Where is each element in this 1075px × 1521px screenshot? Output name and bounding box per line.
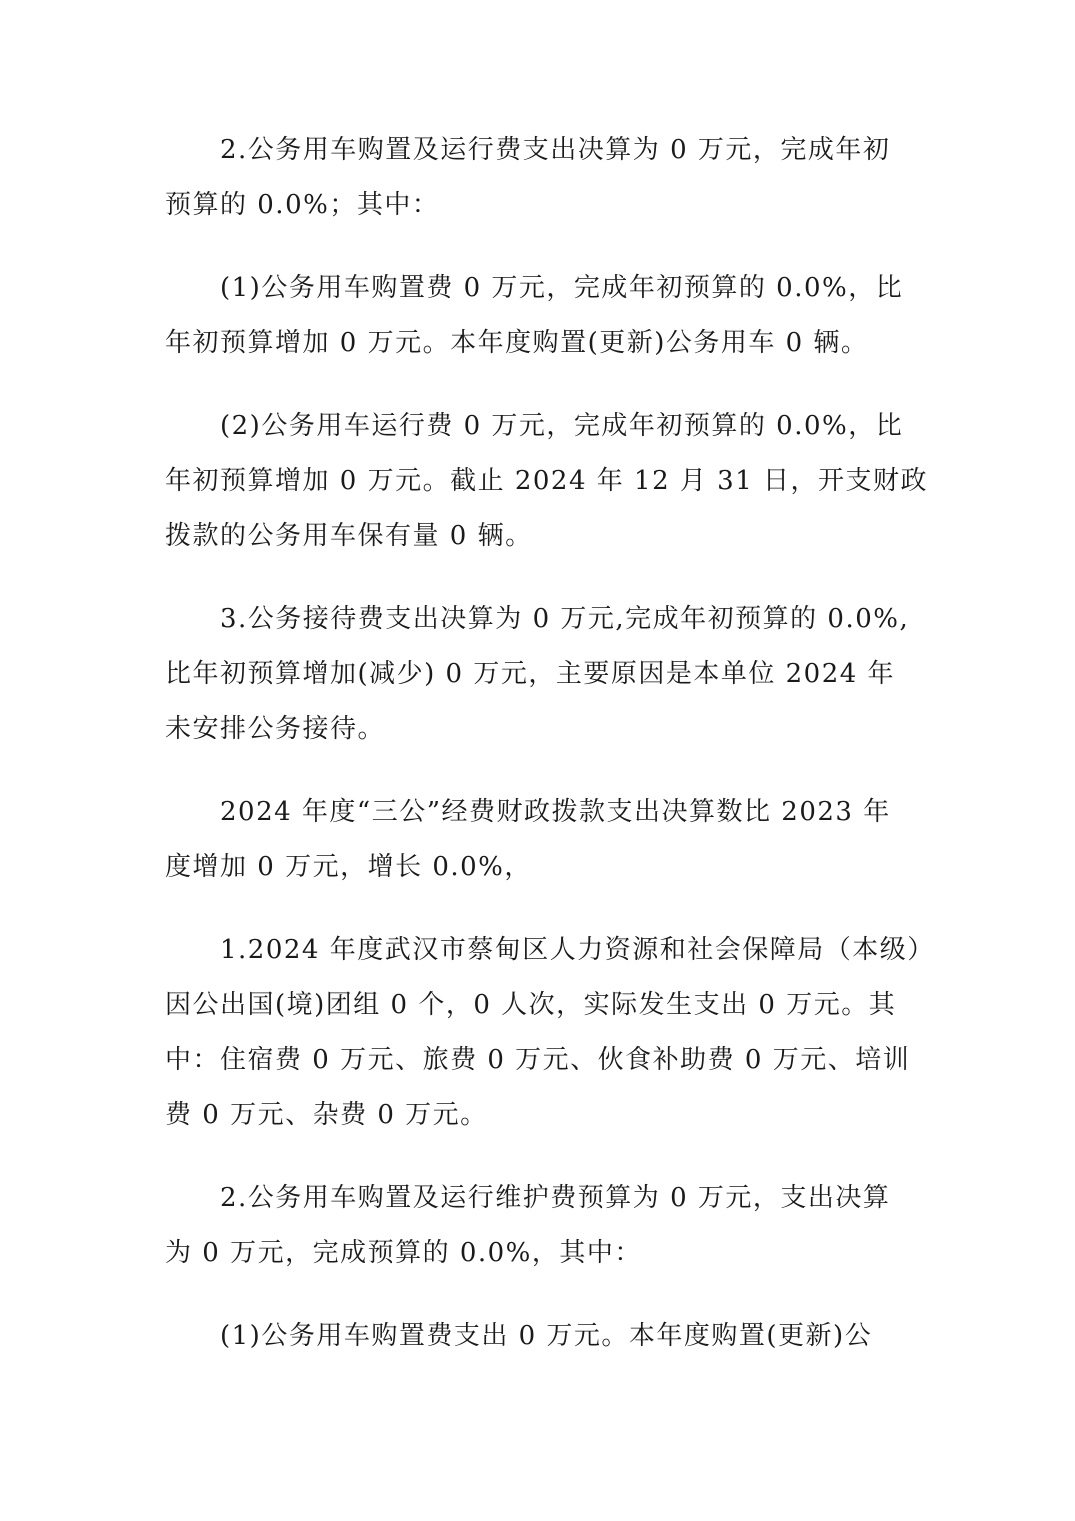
paragraph-overseas-line-2: 因公出国(境)团组 0 个，0 人次，实际发生支出 0 万元。其 [165, 989, 896, 1021]
paragraph-overseas-line-3: 中：住宿费 0 万元、旅费 0 万元、伙食补助费 0 万元、培训 [165, 1044, 910, 1076]
paragraph-overseas-line-4: 费 0 万元、杂费 0 万元。 [165, 1099, 488, 1131]
paragraph-vehicle-maintenance-line-1: 2.公务用车购置及运行维护费预算为 0 万元，支出决算 [220, 1182, 890, 1214]
paragraph-summary-line-1: 2024 年度“三公”经费财政拨款支出决算数比 2023 年 [220, 796, 891, 828]
paragraph-reception-line-1: 3.公务接待费支出决算为 0 万元,完成年初预算的 0.0%, [220, 603, 909, 635]
document-page: 2.公务用车购置及运行费支出决算为 0 万元，完成年初 预算的 0.0%；其中：… [0, 0, 1075, 1521]
paragraph-reception-line-2: 比年初预算增加(减少) 0 万元，主要原因是本单位 2024 年 [165, 658, 895, 690]
paragraph-vehicle-total-line-1: 2.公务用车购置及运行费支出决算为 0 万元，完成年初 [220, 134, 890, 166]
paragraph-vehicle-maintenance-line-2: 为 0 万元，完成预算的 0.0%，其中： [165, 1237, 642, 1269]
paragraph-summary-line-2: 度增加 0 万元，增长 0.0%， [165, 851, 532, 883]
paragraph-vehicle-operation-line-1: (2)公务用车运行费 0 万元，完成年初预算的 0.0%，比 [220, 410, 903, 442]
paragraph-overseas-line-1: 1.2024 年度武汉市蔡甸区人力资源和社会保障局（本级） [220, 934, 935, 966]
paragraph-vehicle-operation-line-3: 拨款的公务用车保有量 0 辆。 [165, 520, 533, 552]
paragraph-reception-line-3: 未安排公务接待。 [165, 713, 385, 745]
paragraph-vehicle-purchase-2-line-1: (1)公务用车购置费支出 0 万元。本年度购置(更新)公 [220, 1320, 872, 1352]
paragraph-vehicle-purchase-line-2: 年初预算增加 0 万元。本年度购置(更新)公务用车 0 辆。 [165, 327, 868, 359]
paragraph-vehicle-purchase-line-1: (1)公务用车购置费 0 万元，完成年初预算的 0.0%，比 [220, 272, 903, 304]
paragraph-vehicle-total-line-2: 预算的 0.0%；其中： [165, 189, 439, 221]
paragraph-vehicle-operation-line-2: 年初预算增加 0 万元。截止 2024 年 12 月 31 日，开支财政 [165, 465, 928, 497]
